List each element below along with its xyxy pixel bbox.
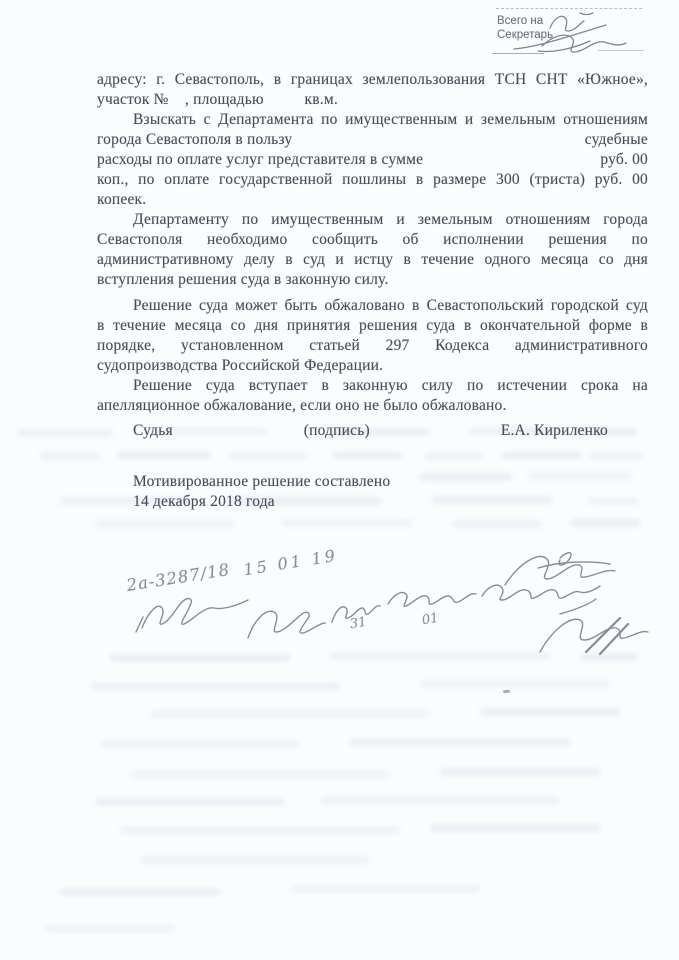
text-line: Департаменту по имущественным и земельны… [97, 210, 648, 230]
bleed-through-artifact [480, 708, 620, 716]
bleed-through-artifact [320, 796, 560, 804]
text-line: административному делу в суд и истцу в т… [97, 250, 648, 270]
motivated-decision-note: Мотивированное решение составлено 14 дек… [97, 472, 648, 512]
text-line: порядке, установленном статьей 297 Кодек… [97, 336, 648, 356]
text-line: в течение месяца со дня принятия решения… [97, 316, 648, 336]
bleed-through-artifact [40, 452, 100, 460]
handwriting-layer: 15 01 19 2а-3287/18 31 01 [0, 540, 679, 680]
text-line: Решение суда может быть обжаловано в Сев… [97, 296, 648, 316]
text-line: участок № , площадью кв.м. [97, 90, 648, 110]
bleed-through-artifact [440, 768, 600, 776]
bleed-through-artifact [570, 519, 640, 527]
text-line: города Севастополя в пользусудебные [97, 130, 648, 150]
motivated-note-line2: 14 декабря 2018 года [133, 492, 648, 512]
text-line: Взыскать с Департамента по имущественным… [97, 110, 648, 130]
text-line: Севастополя необходимо сообщить об испол… [97, 230, 648, 250]
bleed-through-artifact [420, 680, 610, 688]
stamp-underline-right [598, 50, 644, 51]
bleed-through-artifact [120, 826, 400, 834]
judge-label: Судья [133, 421, 173, 441]
text-line: Решение суда вступает в законную силу по… [97, 376, 648, 396]
ink-speck [503, 690, 510, 693]
bleed-through-artifact [430, 824, 600, 832]
binding-stamp: Всего на Секретарь [492, 4, 657, 64]
handwritten-month: 01 [421, 611, 440, 629]
bleed-through-artifact [140, 856, 370, 864]
judge-name: Е.А. Кириленко [501, 421, 608, 441]
scanned-court-document-page: Всего на Секретарь адресу: г. Севастопол… [0, 0, 679, 960]
bleed-through-artifact [282, 519, 412, 527]
text-line: коп., по оплате государственной пошлины … [97, 170, 648, 190]
handwritten-day: 31 [349, 615, 368, 633]
text-line: расходы по оплате услуг представителя в … [97, 150, 648, 170]
bleed-through-artifact [95, 798, 285, 806]
bleed-through-artifact [60, 888, 220, 896]
stamp-underline-left [492, 53, 544, 54]
bleed-through-artifact [130, 770, 390, 778]
bleed-through-artifact [452, 520, 542, 528]
signatures-scribbles-icon [0, 540, 679, 680]
bleed-through-artifact [100, 740, 300, 748]
signature-bottom-right-icon [540, 619, 648, 652]
signature-left-icon [136, 599, 248, 632]
bleed-through-artifact [290, 885, 480, 893]
handwritten-note-scribble [332, 585, 600, 622]
secretary-signature-icon [492, 4, 657, 64]
bleed-through-artifact [90, 682, 340, 690]
judge-signature-row: Судья (подпись) Е.А. Кириленко [97, 421, 648, 441]
document-body: адресу: г. Севастополь, в границах земле… [97, 70, 648, 512]
text-line: апелляционное обжалование, если оно не б… [97, 396, 648, 416]
bleed-through-artifact [350, 738, 570, 746]
text-line: судопроизводства Российской Федерации. [97, 356, 648, 376]
signature-placeholder-note: (подпись) [304, 421, 370, 441]
bleed-through-artifact [45, 925, 175, 933]
signature-center-icon [248, 611, 325, 638]
body-lines: адресу: г. Севастополь, в границах земле… [97, 70, 648, 416]
bleed-through-artifact [95, 520, 235, 528]
bleed-through-artifact [150, 710, 430, 718]
text-line: копеек. [97, 190, 648, 210]
text-line: адресу: г. Севастополь, в границах земле… [97, 70, 648, 90]
text-line: вступления решения суда в законную силу. [97, 270, 648, 290]
motivated-note-line1: Мотивированное решение составлено [133, 472, 648, 492]
